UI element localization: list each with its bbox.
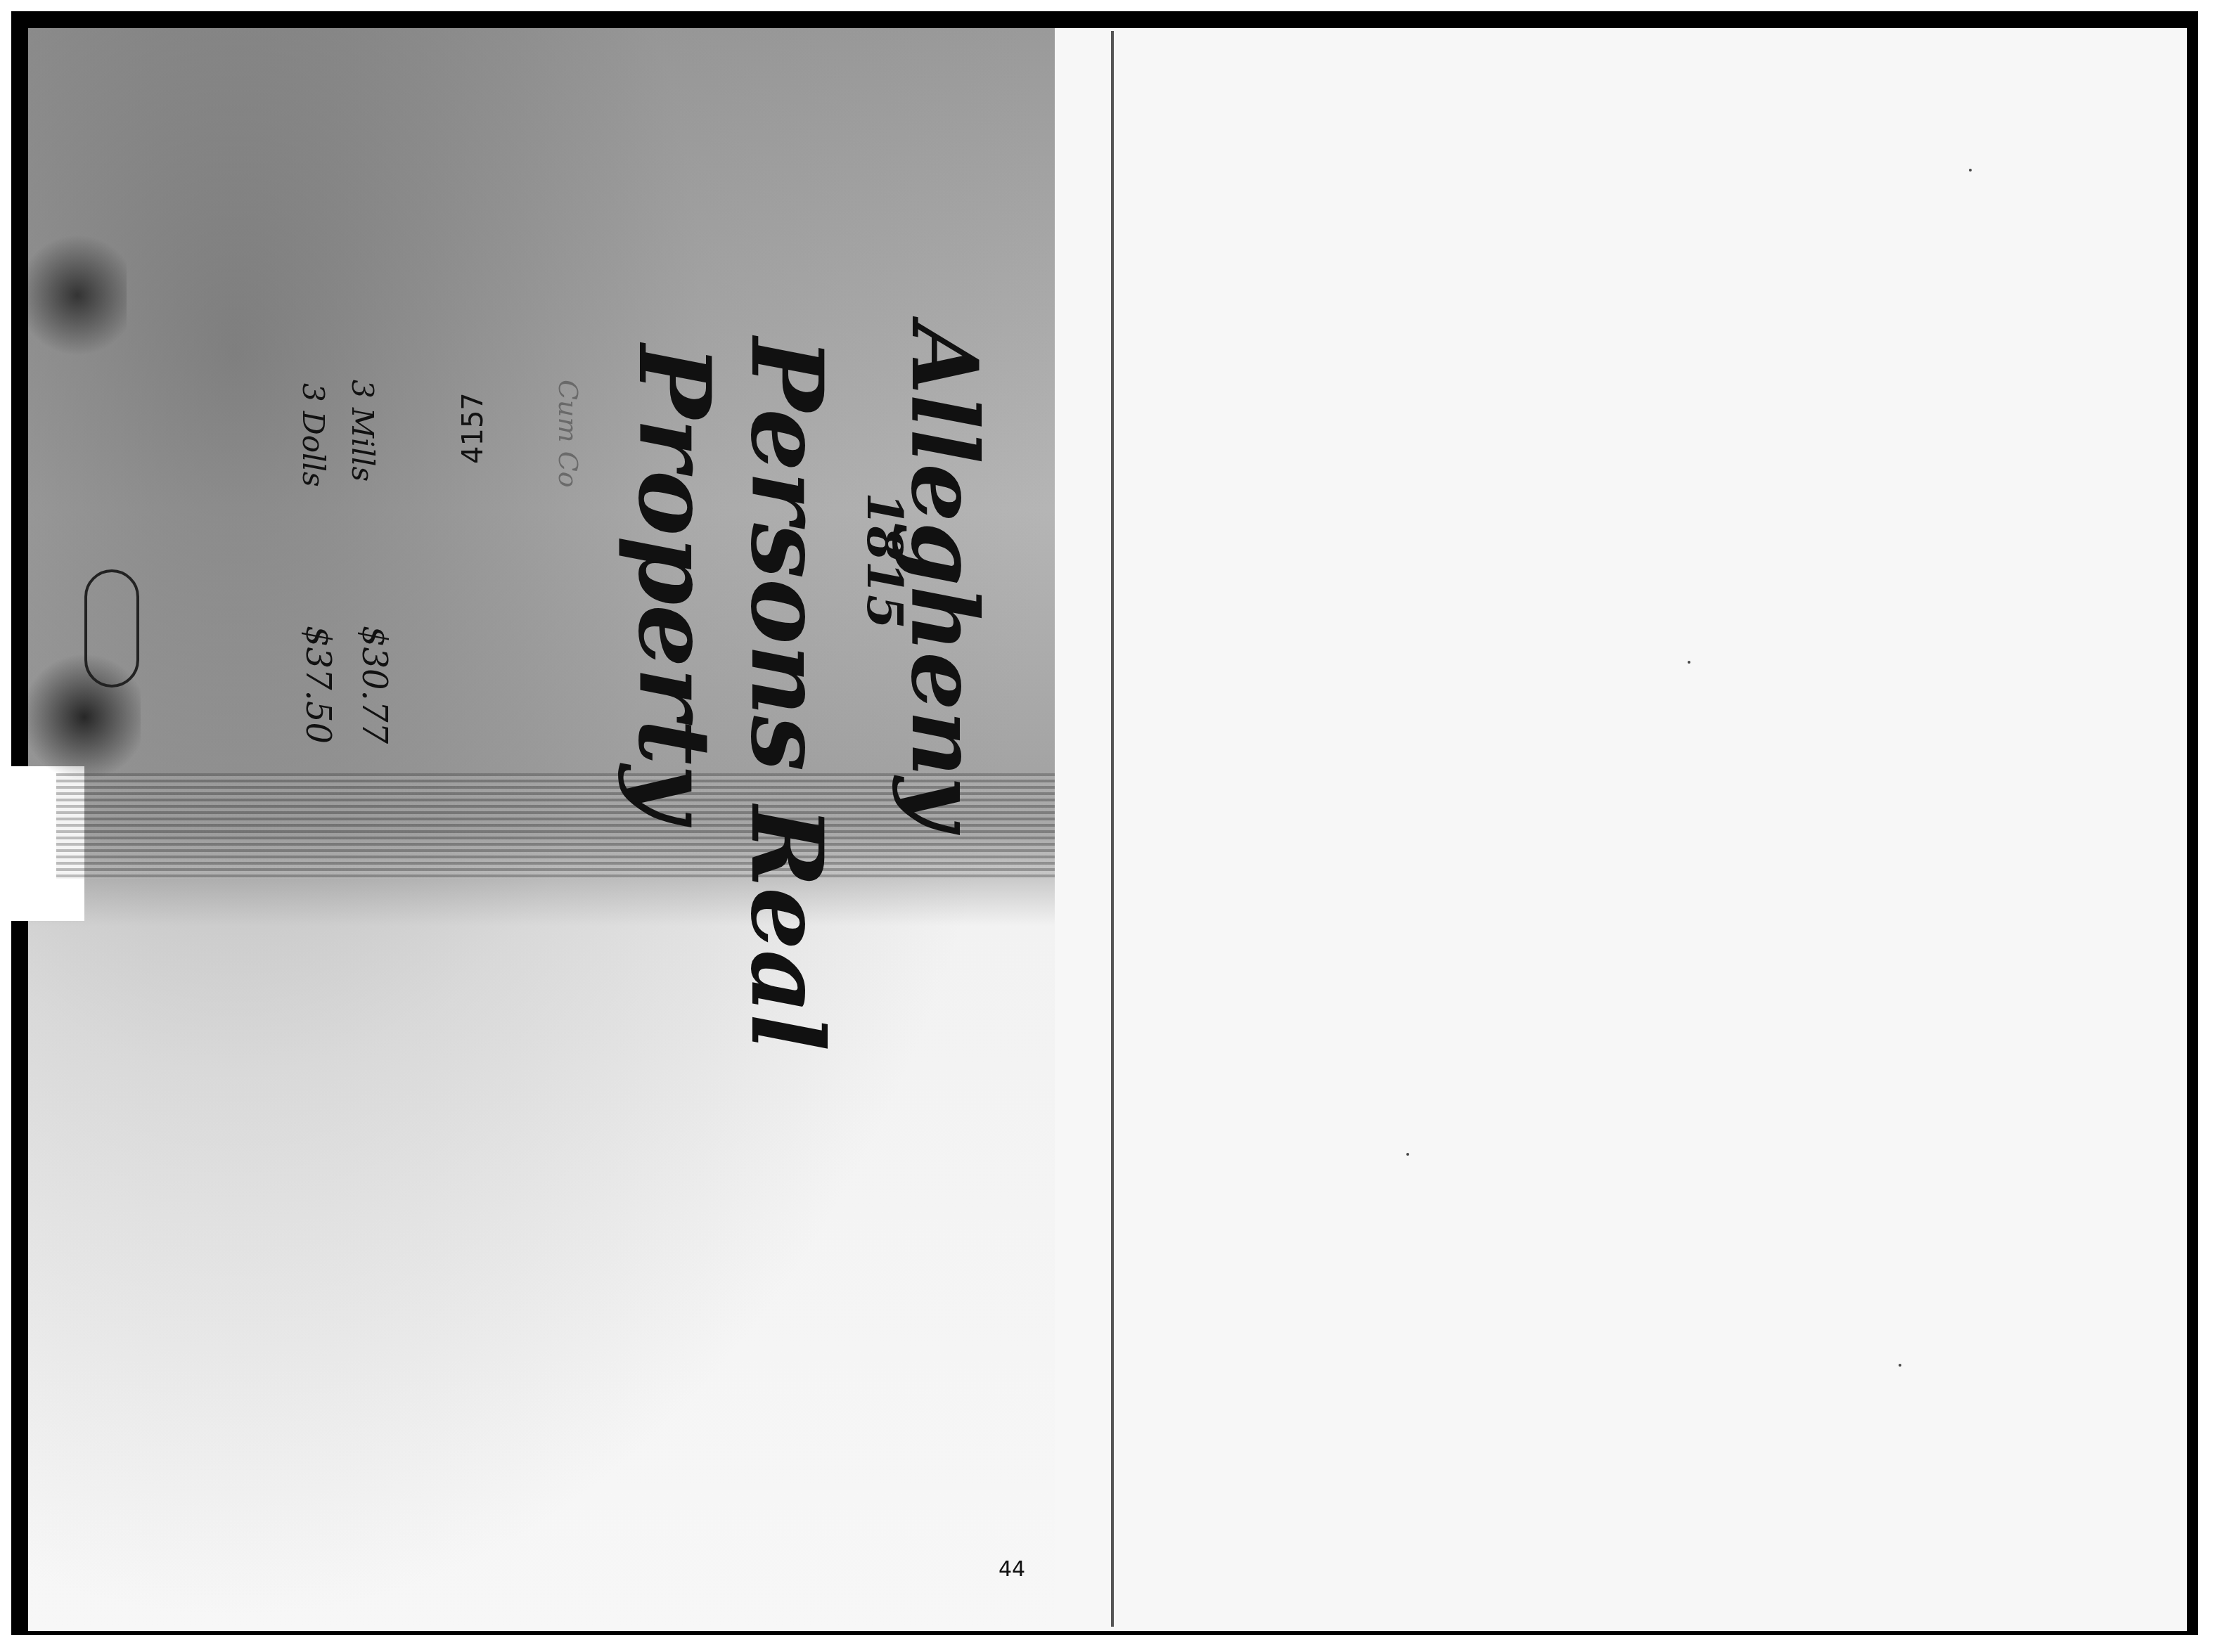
blank-page	[1055, 28, 2187, 1631]
record-number: 4157	[457, 392, 489, 464]
faded-stamp: Cum Co	[553, 380, 584, 488]
paper-speck	[1899, 1364, 1901, 1367]
signature-mark	[84, 569, 139, 688]
tax-rate-line-1: 3 Mills	[345, 380, 380, 482]
paper-speck	[1969, 169, 1972, 172]
record-title-line-3: Property	[616, 344, 731, 822]
page-binding-line	[1111, 31, 1114, 1627]
paper-speck	[1688, 661, 1690, 664]
stain	[28, 225, 127, 366]
amount-2: $37.50	[298, 626, 338, 744]
record-title-line-2: Persons Real	[728, 337, 844, 1051]
tax-rate-line-2: 3 Dolls	[296, 383, 330, 486]
year-label: 1815	[856, 492, 914, 629]
page-number: 44	[999, 1557, 1025, 1582]
paper-speck	[1406, 1153, 1409, 1156]
amount-1: $30.77	[354, 626, 394, 744]
